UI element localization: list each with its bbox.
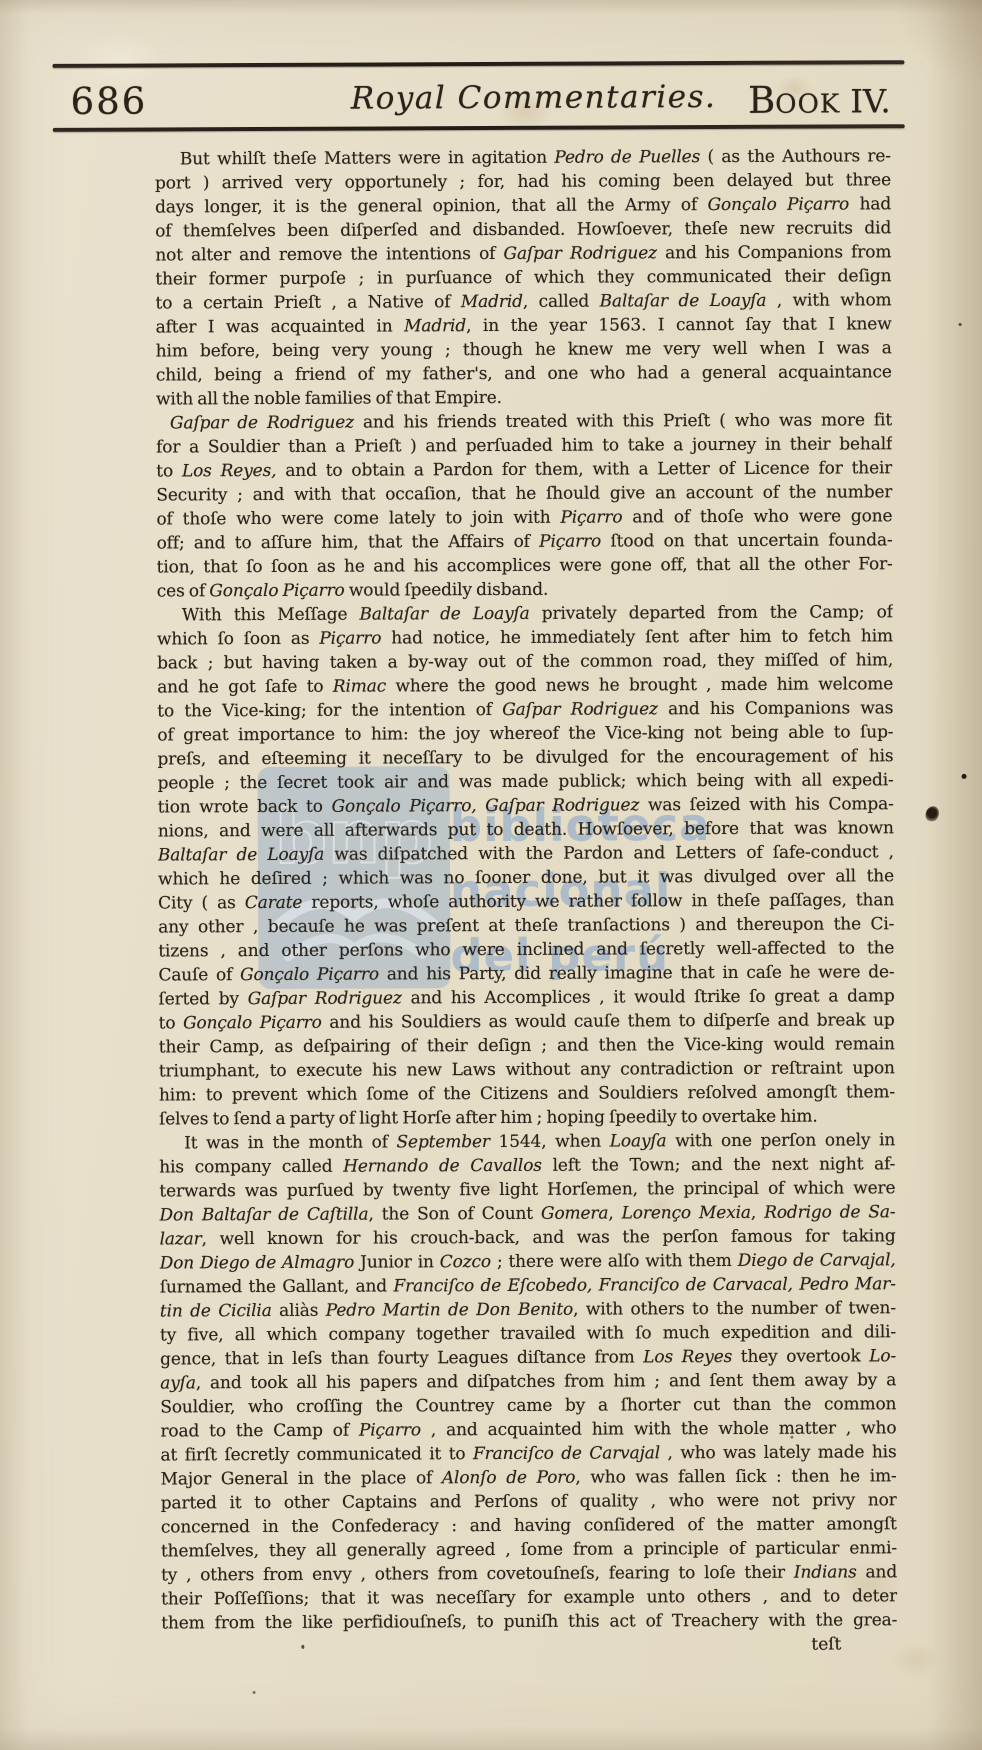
proper-noun-italic: Piçarro xyxy=(359,1420,421,1440)
text-run: It was in the month of xyxy=(184,1132,396,1153)
text-run: tion wrote back to xyxy=(158,797,332,818)
text-line: which he deſired ; which was no ſooner d… xyxy=(158,864,894,891)
text-run: Major General in the place of xyxy=(161,1468,442,1489)
text-line: off; and to aſſure him, that the Affairs… xyxy=(156,528,892,555)
proper-noun-italic: Carate xyxy=(245,893,302,913)
proper-noun-italic: Pedro de Puelles xyxy=(554,147,700,168)
text-run: and of thoſe who were gone xyxy=(622,506,892,527)
text-run: at firſt ſecretly communicated it to xyxy=(160,1444,473,1465)
text-run: Souldier, who croſſing the Countrey came… xyxy=(160,1394,896,1417)
text-run: would ſpeedily disband. xyxy=(345,580,549,601)
body-text: But whilſt theſe Matters were in agitati… xyxy=(155,144,897,1635)
book-label: BookIV. xyxy=(748,78,891,122)
proper-noun-italic: Rodrigo de Sa- xyxy=(764,1202,895,1223)
text-line: ſurnamed the Gallant, and Franciſco de E… xyxy=(160,1272,896,1299)
proper-noun-italic: Piçarro xyxy=(560,507,622,527)
proper-noun-italic: Don Baltaſar de Caſtilla xyxy=(159,1205,368,1226)
proper-noun-italic: Pedro Martin de Don Benito xyxy=(326,1300,573,1321)
text-run: ; there were alſo with them xyxy=(491,1251,738,1272)
text-line: ſerted by Gaſpar Rodriguez and his Accom… xyxy=(158,984,894,1011)
text-run: to xyxy=(159,1013,184,1033)
text-run: where the good news he brought , made hi… xyxy=(386,674,893,696)
text-run: preſs, and eſteeming it neceſſary to be … xyxy=(157,746,893,769)
text-run: and to obtain a Pardon for them, with a … xyxy=(276,458,892,481)
text-line: back ; but having taken a by-way out of … xyxy=(157,648,893,675)
text-run: Security ; and with that occaſion, that … xyxy=(156,482,892,505)
text-run: , in the year 1563. I cannot ſay that I … xyxy=(466,314,892,336)
text-line: to Los Reyes, and to obtain a Pardon for… xyxy=(156,456,892,483)
text-line: Souldier, who croſſing the Countrey came… xyxy=(160,1392,896,1419)
proper-noun-italic: Gaſpar Rodriguez xyxy=(503,243,657,264)
text-run: off; and to aſſure him, that the Affairs… xyxy=(157,532,540,554)
text-run: their former purpoſe ; in purſuance of w… xyxy=(155,266,891,289)
text-run: left the Town; and the next night af- xyxy=(542,1154,895,1176)
text-line: concerned in the Confederacy : and havin… xyxy=(161,1512,897,1539)
text-run: and his Souldiers as would cauſe them to… xyxy=(322,1010,895,1032)
proper-noun-italic: Franciſco de Carvajal xyxy=(473,1443,660,1464)
text-run: child, being a friend of my father's, an… xyxy=(156,362,892,385)
text-run: with all the noble families of that Empi… xyxy=(156,388,502,410)
text-run: days longer, it is the general opinion, … xyxy=(155,195,708,217)
text-line: preſs, and eſteeming it neceſſary to be … xyxy=(157,744,893,771)
ink-dot xyxy=(301,1645,304,1649)
proper-noun-italic: Cozco xyxy=(440,1252,491,1272)
text-line: Major General in the place of Alonſo de … xyxy=(161,1464,897,1491)
book-initial: B xyxy=(748,79,775,122)
text-run: was diſpatched with the Pardon and Lette… xyxy=(324,842,894,864)
text-run: they overtook xyxy=(732,1346,869,1367)
text-run: , with others to the number of twen- xyxy=(573,1298,896,1319)
proper-noun-italic: Gomera xyxy=(541,1203,608,1223)
text-line: at firſt ſecretly communicated it to Fra… xyxy=(160,1440,896,1467)
proper-noun-italic: Baltaſar de Loayſa xyxy=(158,845,324,866)
text-run: triumphant, to execute his new Laws with… xyxy=(159,1058,895,1081)
text-run: , who was fallen ſick : then he im- xyxy=(575,1466,896,1487)
text-line: them from the like perfidiouſneſs, to pu… xyxy=(161,1608,897,1635)
text-run: and his Companions was xyxy=(658,698,894,719)
text-run: City ( as xyxy=(158,893,245,913)
text-run: tizens , and other perſons who were incl… xyxy=(158,938,894,961)
text-run: privately departed from the Camp; of xyxy=(530,602,893,624)
text-run: to a certain Prieſt , a Native of xyxy=(155,292,460,313)
text-run: ſelves to ſend a party of light Horſe af… xyxy=(159,1107,818,1130)
proper-noun-italic: September xyxy=(396,1132,489,1152)
text-run: had notice, he immediately ſent after hi… xyxy=(381,626,893,648)
text-run: ſurnamed the Gallant, and xyxy=(160,1276,394,1297)
text-line: Don Diego de Almagro Junior in Cozco ; t… xyxy=(160,1248,896,1275)
proper-noun-italic: Loayſa xyxy=(610,1131,667,1151)
text-run: him: to prevent which ſome of the Citize… xyxy=(159,1082,895,1105)
text-run: , who was lately made his xyxy=(660,1442,897,1463)
text-run: their Camp, as deſpairing of their deſig… xyxy=(159,1034,895,1057)
text-run: , and acquainted him with the whole matt… xyxy=(421,1418,897,1440)
text-run: ( as the Authours re- xyxy=(700,146,891,167)
text-run: , xyxy=(608,1203,621,1223)
text-line: to the Vice-king; for the intention of G… xyxy=(157,696,893,723)
proper-noun-italic: Gaſpar Rodriguez xyxy=(248,988,402,1009)
proper-noun-italic: Madrid xyxy=(461,292,523,312)
text-line: Don Baltaſar de Caſtilla, the Son of Cou… xyxy=(159,1200,895,1227)
proper-noun-italic: Los Reyes, xyxy=(182,461,277,481)
proper-noun-italic: Franciſco de Eſcobedo, Franciſco de Carv… xyxy=(393,1274,895,1296)
text-run: him before, being very young ; though he… xyxy=(156,338,892,361)
text-line: tion, that ſo ſoon as he and his accompl… xyxy=(157,552,893,579)
text-run: , and took all his papers and diſpatches… xyxy=(196,1370,897,1393)
text-line: their former purpoſe ; in purſuance of w… xyxy=(155,264,891,291)
text-line: Cauſe of Gonçalo Piçarro and his Party, … xyxy=(158,960,894,987)
text-run: , xyxy=(751,1203,764,1223)
text-run: , well known for his crouch-back, and wa… xyxy=(202,1226,896,1249)
ink-dot xyxy=(959,323,962,326)
text-line: tizens , and other perſons who were incl… xyxy=(158,936,894,963)
proper-noun-italic: Gonçalo Piçarro xyxy=(183,1013,322,1034)
text-run: and xyxy=(857,1562,897,1582)
proper-noun-italic: Diego de Carvajal, xyxy=(738,1250,896,1271)
text-line: ty five, all which company together trav… xyxy=(160,1320,896,1347)
text-run: But whilſt theſe Matters were in agitati… xyxy=(180,148,555,170)
ink-dot xyxy=(790,1436,793,1439)
text-run: back ; but having taken a by-way out of … xyxy=(157,650,893,673)
library-watermark: bnp biblioteca nacional del perú xyxy=(0,0,978,2)
text-run: ſerted by xyxy=(158,989,247,1009)
text-line: Baltaſar de Loayſa was diſpatched with t… xyxy=(158,840,894,867)
text-run: gence, that in leſs than fourty Leagues … xyxy=(160,1347,643,1369)
text-run: of themſelves been diſperſed and disband… xyxy=(155,218,891,241)
proper-noun-italic: Gonçalo Piçarro xyxy=(209,581,344,602)
text-run: and his Accomplices , it would ſtrike ſo… xyxy=(402,986,895,1008)
proper-noun-italic: Gaſpar de Rodriguez xyxy=(170,413,354,434)
text-line: after I was acquainted in Madrid, in the… xyxy=(156,312,892,339)
text-run: parted it to other Captains and Perſons … xyxy=(161,1490,897,1513)
text-run: nions, and were all afterwards put to de… xyxy=(158,818,894,841)
proper-noun-italic: Gonçalo Piçarro, Gaſpar Rodriguez xyxy=(332,795,640,816)
text-run: aliàs xyxy=(272,1301,326,1321)
text-run: , called xyxy=(523,292,600,312)
text-run: of great importance to him: the joy wher… xyxy=(157,722,893,745)
header-rule-top xyxy=(52,60,904,68)
ink-dot xyxy=(962,774,967,779)
proper-noun-italic: Lo- xyxy=(869,1346,896,1366)
proper-noun-italic: Lorenço Mexia xyxy=(622,1203,751,1224)
text-run: reports, whoſe authority we rather follo… xyxy=(302,890,894,913)
text-line: road to the Camp of Piçarro , and acquai… xyxy=(160,1416,896,1443)
text-run: for a Souldier than a Prieſt ) and perſu… xyxy=(156,434,892,457)
text-line: to Gonçalo Piçarro and his Souldiers as … xyxy=(159,1008,895,1035)
text-run: , the Son of Count xyxy=(368,1204,541,1225)
text-run: his company called xyxy=(159,1157,343,1178)
ink-dot xyxy=(253,1691,256,1694)
scan-tilt-wrapper: bnp biblioteca nacional del perú 686 Roy… xyxy=(0,0,982,1750)
text-run: of thoſe who were come lately to join wi… xyxy=(156,508,560,530)
text-run: to the Vice-king; for the intention of xyxy=(157,700,502,722)
text-line: of thoſe who were come lately to join wi… xyxy=(156,504,892,531)
text-run: and his friends treated with this Prieſt… xyxy=(354,410,892,432)
text-run: terwards was purſued by twenty five ligh… xyxy=(159,1178,895,1201)
text-run: people ; the ſecret took air and was mad… xyxy=(158,770,894,793)
proper-noun-italic: Gonçalo Piçarro xyxy=(708,194,850,215)
text-run: ſtood on that uncertain founda- xyxy=(601,530,892,551)
text-line: ayſa, and took all his papers and diſpat… xyxy=(160,1368,896,1395)
text-run: road to the Camp of xyxy=(160,1421,359,1442)
text-run: themſelves, they all generally agreed , … xyxy=(161,1538,897,1561)
text-line: their Poſſeſſions; that it was neceſſary… xyxy=(161,1584,897,1611)
text-run: , with whom xyxy=(766,290,891,311)
text-run: tion, that ſo ſoon as he and his accompl… xyxy=(157,554,893,577)
book-page-scan: bnp biblioteca nacional del perú 686 Roy… xyxy=(0,0,982,1750)
text-run: to xyxy=(156,461,182,481)
proper-noun-italic: Baltaſar de Loayſa xyxy=(600,291,767,312)
text-run: any other , becauſe he was preſent at th… xyxy=(158,914,894,937)
text-line: days longer, it is the general opinion, … xyxy=(155,192,891,219)
proper-noun-italic: Rimac xyxy=(333,676,386,696)
text-run: ces of xyxy=(157,581,210,601)
text-line: gence, that in leſs than fourty Leagues … xyxy=(160,1344,896,1371)
proper-noun-italic: Piçarro xyxy=(539,532,601,552)
text-run: with one perſon onely in xyxy=(666,1130,895,1151)
text-run: their Poſſeſſions; that it was neceſſary… xyxy=(161,1586,897,1609)
text-run: which he deſired ; which was no ſooner d… xyxy=(158,866,894,889)
text-line: It was in the month of September 1544, w… xyxy=(159,1128,895,1155)
text-run: and his Companions from xyxy=(657,242,891,263)
text-run: Junior in xyxy=(354,1252,440,1272)
text-line: with all the noble families of that Empi… xyxy=(156,384,892,411)
text-line: of great importance to him: the joy wher… xyxy=(157,720,893,747)
proper-noun-italic: Baltaſar de Loayſa xyxy=(359,604,529,625)
text-line: ſelves to ſend a party of light Horſe af… xyxy=(159,1104,895,1131)
text-line: which ſo ſoon as Piçarro had notice, he … xyxy=(157,624,893,651)
proper-noun-italic: Piçarro xyxy=(319,628,381,648)
text-line: ces of Gonçalo Piçarro would ſpeedily di… xyxy=(157,576,893,603)
text-line: his company called Hernando de Cavallos … xyxy=(159,1152,895,1179)
proper-noun-italic: Madrid xyxy=(404,316,466,336)
text-run: was ſeized with his Compa- xyxy=(639,794,894,815)
text-run: after I was acquainted in xyxy=(156,316,405,337)
text-run: them from the like perfidiouſneſs, to pu… xyxy=(161,1610,897,1633)
proper-noun-italic: Alonſo de Poro xyxy=(442,1468,576,1489)
text-line: triumphant, to execute his new Laws with… xyxy=(159,1056,895,1083)
proper-noun-italic: tin de Cicilia xyxy=(160,1301,272,1321)
text-line: But whilſt theſe Matters were in agitati… xyxy=(155,144,891,171)
text-line: City ( as Carate reports, whoſe authorit… xyxy=(158,888,894,915)
text-run: and his Party, did really imagine that i… xyxy=(379,962,895,984)
text-line: and he got ſafe to Rimac where the good … xyxy=(157,672,893,699)
text-line: him before, being very young ; though he… xyxy=(156,336,892,363)
text-line: Gaſpar de Rodriguez and his friends trea… xyxy=(156,408,892,435)
text-line: any other , becauſe he was preſent at th… xyxy=(158,912,894,939)
text-run: which ſo ſoon as xyxy=(157,629,319,650)
text-run: concerned in the Confederacy : and havin… xyxy=(161,1514,897,1537)
text-line: their Camp, as deſpairing of their deſig… xyxy=(159,1032,895,1059)
text-line: people ; the ſecret took air and was mad… xyxy=(158,768,894,795)
proper-noun-italic: Gaſpar Rodriguez xyxy=(502,699,658,720)
text-line: him: to prevent which ſome of the Citize… xyxy=(159,1080,895,1107)
text-line: port ) arrived very opportunely ; for, h… xyxy=(155,168,891,195)
text-run: port ) arrived very opportunely ; for, h… xyxy=(155,170,891,193)
text-run: ty , others from envy , others from cove… xyxy=(161,1563,794,1586)
text-run: Cauſe of xyxy=(158,965,240,985)
proper-noun-italic: ayſa xyxy=(160,1373,196,1393)
text-run: ty five, all which company together trav… xyxy=(160,1322,896,1345)
text-line: tion wrote back to Gonçalo Piçarro, Gaſp… xyxy=(158,792,894,819)
proper-noun-italic: Hernando de Cavallos xyxy=(343,1156,542,1177)
proper-noun-italic: lazar xyxy=(160,1229,202,1249)
book-number: IV. xyxy=(850,82,890,120)
text-line: nions, and were all afterwards put to de… xyxy=(158,816,894,843)
text-line: themſelves, they all generally agreed , … xyxy=(161,1536,897,1563)
proper-noun-italic: Los Reyes xyxy=(643,1347,732,1367)
text-line: parted it to other Captains and Perſons … xyxy=(161,1488,897,1515)
text-line: ty , others from envy , others from cove… xyxy=(161,1560,897,1587)
catchword: teſt xyxy=(161,1632,897,1659)
text-line: for a Souldier than a Prieſt ) and perſu… xyxy=(156,432,892,459)
text-run: had xyxy=(849,194,891,214)
text-run: With this Meſſage xyxy=(182,605,360,626)
proper-noun-italic: Gonçalo Piçarro xyxy=(240,964,379,985)
text-line: tin de Cicilia aliàs Pedro Martin de Don… xyxy=(160,1296,896,1323)
text-line: of themſelves been diſperſed and disband… xyxy=(155,216,891,243)
text-run: and he got ſafe to xyxy=(157,677,333,698)
text-run: not alter and remove the intentions of xyxy=(155,244,503,266)
text-line: not alter and remove the intentions of G… xyxy=(155,240,891,267)
text-line: terwards was purſued by twenty five ligh… xyxy=(159,1176,895,1203)
header-rule-bottom xyxy=(53,124,905,131)
text-line: lazar, well known for his crouch-back, a… xyxy=(160,1224,896,1251)
proper-noun-italic: Indians xyxy=(794,1562,857,1582)
ink-blot xyxy=(923,804,941,823)
text-line: With this Meſſage Baltaſar de Loayſa pri… xyxy=(157,600,893,627)
book-smallcaps: ook xyxy=(775,78,840,121)
text-line: Security ; and with that occaſion, that … xyxy=(156,480,892,507)
text-line: to a certain Prieſt , a Native of Madrid… xyxy=(155,288,891,315)
text-line: child, being a friend of my father's, an… xyxy=(156,360,892,387)
text-run: 1544, when xyxy=(490,1131,610,1152)
proper-noun-italic: Don Diego de Almagro xyxy=(160,1253,355,1274)
